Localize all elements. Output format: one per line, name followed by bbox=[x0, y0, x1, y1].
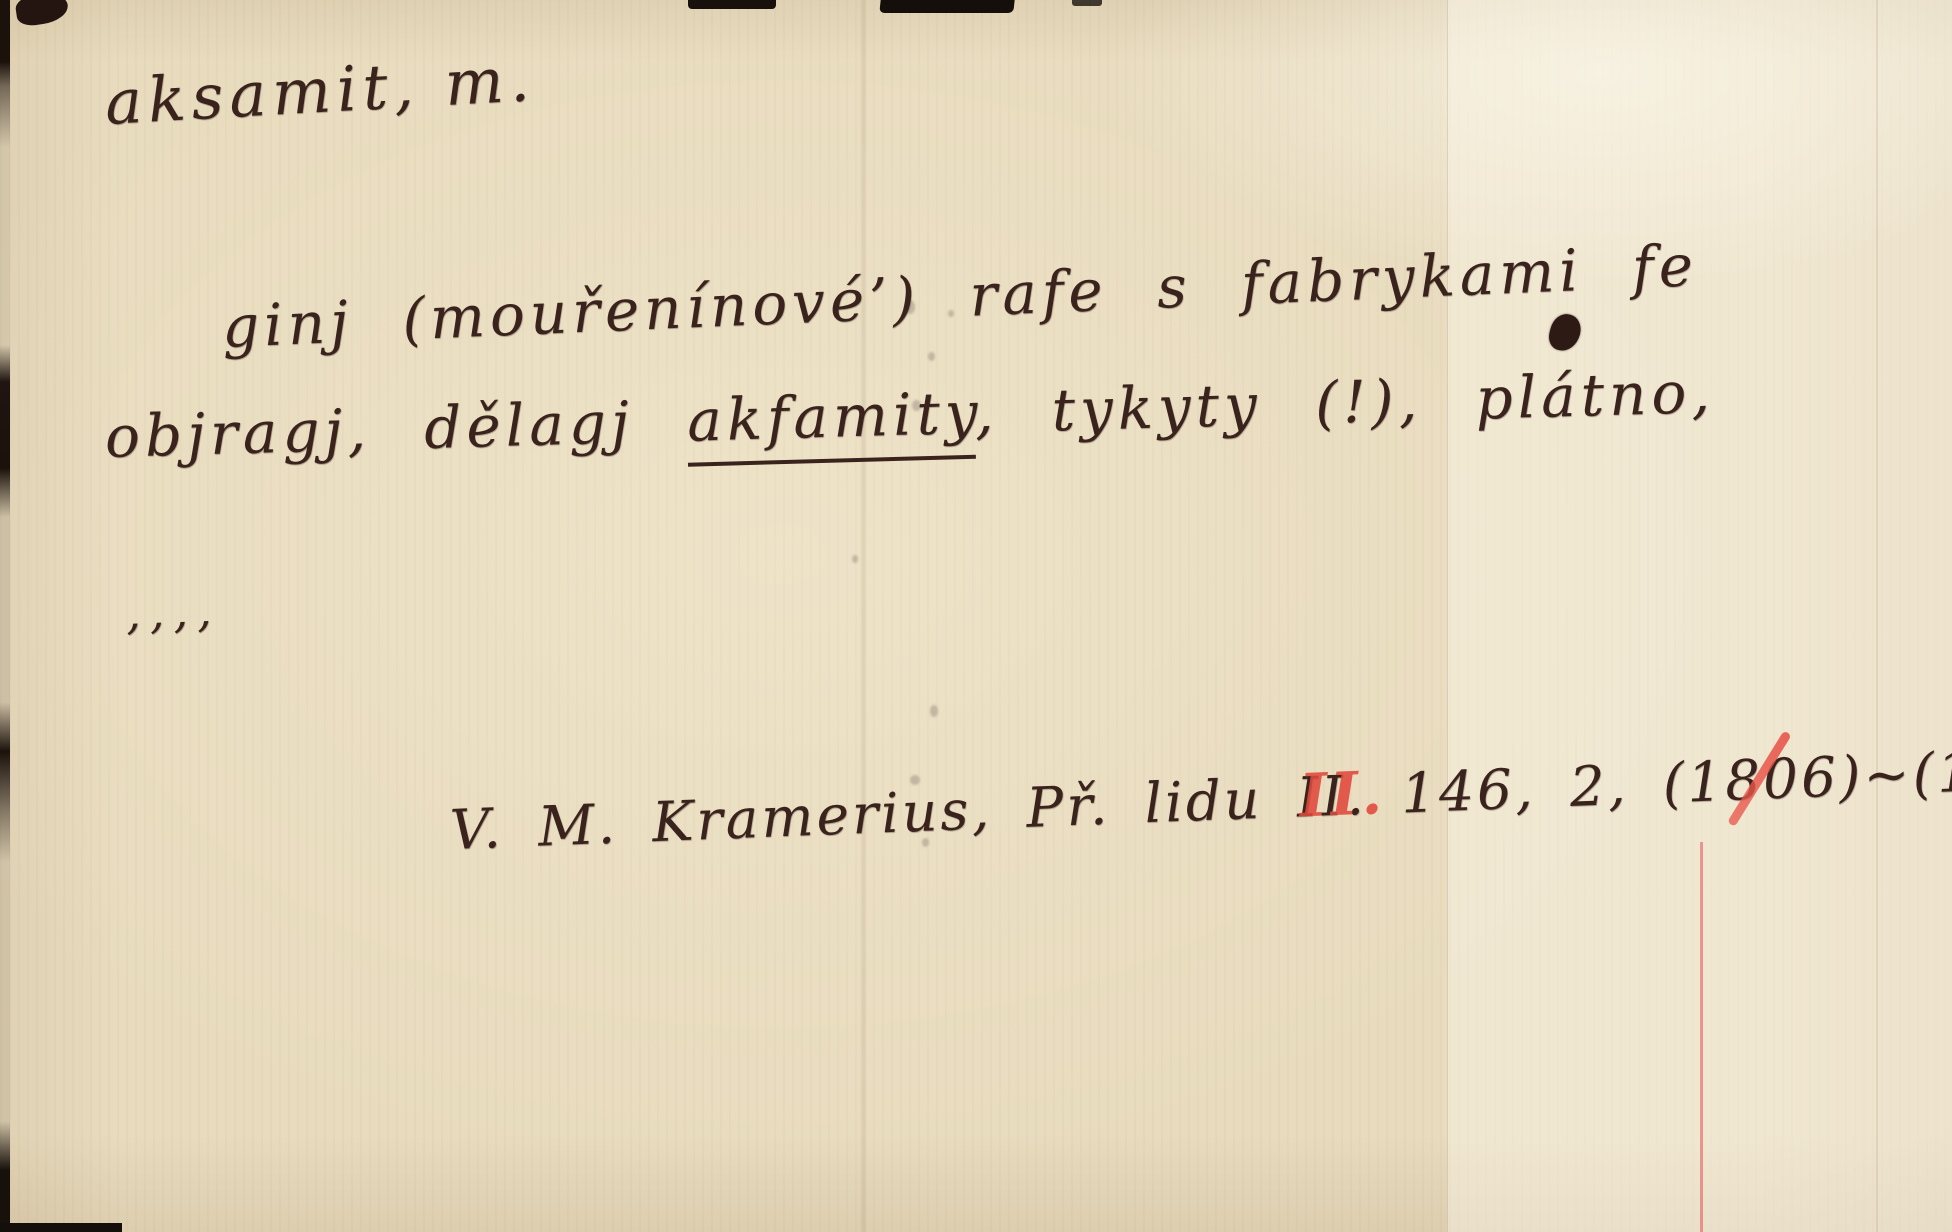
top-left-edge-mark bbox=[14, 0, 70, 27]
year-separator: ~ bbox=[1862, 742, 1914, 808]
top-edge-mark-1 bbox=[688, 0, 776, 9]
smudge-mark bbox=[930, 705, 938, 717]
bottom-edge-shadow bbox=[0, 1223, 122, 1232]
top-edge-mark-3 bbox=[1072, 0, 1102, 6]
vertical-crease bbox=[860, 0, 867, 1232]
red-pencil-volume-overlay: II. bbox=[1298, 758, 1386, 831]
headword: aksamit, m. bbox=[103, 42, 537, 139]
left-edge-shadow bbox=[0, 0, 10, 1232]
citation-pages: 146, 2, bbox=[1400, 753, 1630, 826]
top-edge-mark-2 bbox=[879, 0, 1014, 13]
smudge-mark bbox=[852, 555, 858, 563]
citation-volume: II.II. bbox=[1295, 763, 1367, 830]
faint-ruled-line bbox=[1876, 0, 1878, 1232]
smudge-mark bbox=[928, 352, 935, 361]
quote-line-2-pre: objragj, dělagj bbox=[104, 387, 688, 471]
continuation-marks: ,,,, bbox=[125, 583, 221, 640]
citation-work: Př. lidu bbox=[1025, 767, 1263, 840]
scanned-card: aksamit, m. ginj (mouřenínové’) rafe s f… bbox=[0, 0, 1952, 1232]
citation-author: V. M. Kramerius, bbox=[449, 777, 993, 862]
final-year: (1807) bbox=[1911, 734, 1952, 806]
pink-ruled-line bbox=[1700, 842, 1703, 1232]
underlined-word: akfamity bbox=[686, 379, 976, 467]
struck-year: (1806) bbox=[1661, 744, 1864, 816]
